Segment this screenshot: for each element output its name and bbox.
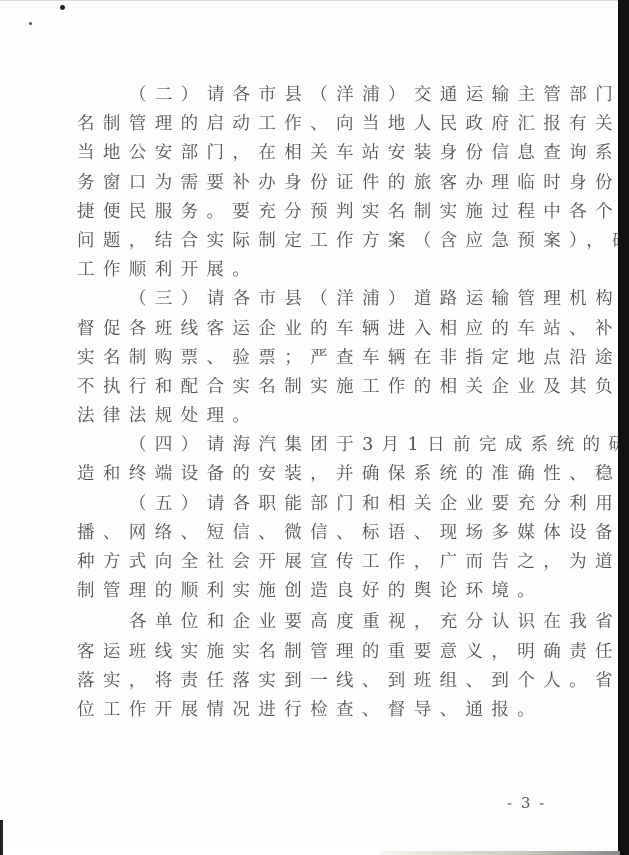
scan-border-left: [0, 820, 3, 855]
text-line: 种方式向全社会开展宣传工作，广而告之，为道路旅客运输实名: [77, 548, 547, 577]
paragraph-closing: 各单位和企业要高度重视，充分认识在我省省际、地级市际 客运班线实施实名制管理的重…: [77, 608, 547, 725]
scan-border-right: [618, 0, 629, 855]
text-line: 落实，将责任落实到一线、到班组、到个人。省厅将适时对各单: [77, 667, 547, 696]
document-body: （二）请各市县（洋浦）交通运输主管部门指定专人负责实 名制管理的启动工作、向当地…: [77, 81, 547, 725]
paragraph-section-4: （四）请海汽集团于3月1日前完成系统的研发、升级、改 造和终端设备的安装，并确保…: [77, 431, 547, 489]
text-line: 不执行和配合实名制实施工作的相关企业及其负责人按照相关: [77, 373, 547, 402]
text-line: （二）请各市县（洋浦）交通运输主管部门指定专人负责实: [77, 81, 547, 110]
paragraph-section-2: （二）请各市县（洋浦）交通运输主管部门指定专人负责实 名制管理的启动工作、向当地…: [77, 81, 547, 285]
scan-speck: [60, 5, 65, 10]
text-line: 督促各班线客运企业的车辆进入相应的车站、补（验）票点进行: [77, 315, 547, 344]
text-line: 当地公安部门，在相关车站安装身份信息查询系统，增设便民服: [77, 139, 547, 168]
paragraph-section-5: （五）请各职能部门和相关企业要充分利用报纸、电视、广 播、网络、短信、微信、标语…: [77, 490, 547, 607]
text-line: 捷便民服务。要充分预判实名制实施过程中各个环节可能出现的: [77, 198, 547, 227]
text-line: 造和终端设备的安装，并确保系统的准确性、稳定性。: [77, 460, 547, 489]
scan-border-bottom: [380, 851, 620, 855]
page-number: - 3 -: [507, 794, 546, 812]
document-page: （二）请各市县（洋浦）交通运输主管部门指定专人负责实 名制管理的启动工作、向当地…: [0, 0, 618, 851]
text-line: 制管理的顺利实施创造良好的舆论环境。: [77, 577, 547, 606]
scan-speck: [29, 22, 32, 25]
text-line: 名制管理的启动工作、向当地人民政府汇报有关情况，积极协调: [77, 110, 547, 139]
text-line: （五）请各职能部门和相关企业要充分利用报纸、电视、广: [77, 490, 547, 519]
paragraph-section-3: （三）请各市县（洋浦）道路运输管理机构认真组织实施， 督促各班线客运企业的车辆进…: [77, 285, 547, 431]
text-line: 法律法规处理。: [77, 402, 547, 431]
text-line: 各单位和企业要高度重视，充分认识在我省省际、地级市际: [77, 608, 547, 637]
text-line: （三）请各市县（洋浦）道路运输管理机构认真组织实施，: [77, 285, 547, 314]
text-line: 播、网络、短信、微信、标语、现场多媒体设备、宣传手册等多: [77, 519, 547, 548]
text-line: 工作顺利开展。: [77, 256, 547, 285]
text-line: 客运班线实施实名制管理的重要意义，明确责任分工、细化工作: [77, 638, 547, 667]
text-line: （四）请海汽集团于3月1日前完成系统的研发、升级、改: [77, 431, 547, 460]
text-line: 实名制购票、验票；严查车辆在非指定地点沿途上下客，对于拒: [77, 344, 547, 373]
text-line: 务窗口为需要补办身份证件的旅客办理临时身份证明，并提供快: [77, 169, 547, 198]
text-line: 问题，结合实际制定工作方案（含应急预案），确保实名制实施: [77, 227, 547, 256]
text-line: 位工作开展情况进行检查、督导、通报。: [77, 696, 547, 725]
